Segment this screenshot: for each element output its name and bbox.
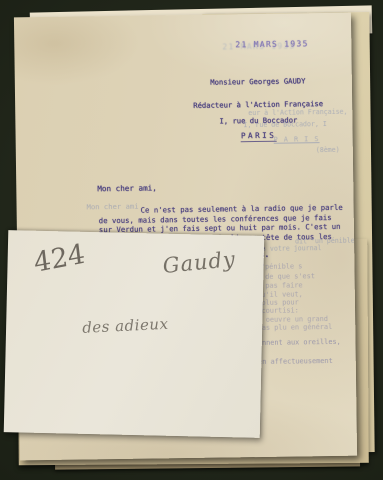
faint-fragment: viennent aux oreilles, (249, 338, 340, 347)
ghost-address-line-2: I, rue de Boccador, I (243, 120, 326, 129)
date-stamp: 21 MARS 1935 (235, 39, 309, 49)
recipient-city-text: PARIS (241, 131, 277, 142)
salutation: Mon cher ami, (97, 183, 157, 193)
caption-handwriting: des adieux (82, 315, 169, 337)
archive-number-handwriting: 424 (32, 239, 86, 279)
faint-fragment: bien affectueusement (250, 357, 333, 366)
ghost-address-line-4: (8ème) (316, 146, 340, 154)
recipient-city: PARIS (149, 129, 358, 141)
ghost-address-line-3: P A R I S (274, 135, 320, 144)
note-card: 424 Gaudy des adieux (4, 230, 265, 438)
recipient-name: Monsieur Georges GAUDY (148, 75, 357, 87)
name-handwriting: Gaudy (162, 247, 237, 278)
ghost-address-line-1: eur à l'Action Française, (248, 108, 347, 117)
scanned-letter-scene: 21 MARS 1935 21 MARS 1935 Monsieur Georg… (0, 0, 383, 480)
